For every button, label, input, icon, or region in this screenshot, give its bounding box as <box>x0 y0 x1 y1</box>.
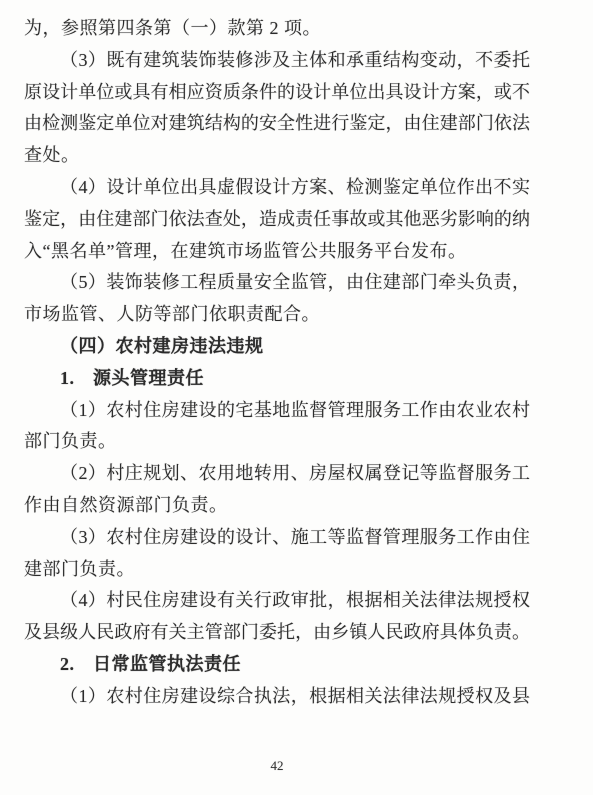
text-line: （1）农村住房建设的宅基地监督管理服务工作由农业农村 <box>24 395 530 427</box>
text-line: （5）装饰装修工程质量安全监管，由住建部门牵头负责， <box>24 267 530 299</box>
section-heading: 2. 日常监管执法责任 <box>24 649 530 681</box>
page-number: 42 <box>24 756 530 776</box>
section-heading: 1. 源头管理责任 <box>24 363 530 395</box>
text-line: 建部门负责。 <box>24 554 530 586</box>
text-line: 由检测鉴定单位对建筑结构的安全性进行鉴定，由住建部门依法 <box>24 108 530 140</box>
text-line: （2）村庄规划、农用地转用、房屋权属登记等监督服务工 <box>24 458 530 490</box>
text-line: 查处。 <box>24 140 530 172</box>
text-line: 作由自然资源部门负责。 <box>24 490 530 522</box>
text-line: 鉴定，由住建部门依法查处，造成责任事故或其他恶劣影响的纳 <box>24 204 530 236</box>
text-line: 入“黑名单”管理，在建筑市场监管公共服务平台发布。 <box>24 236 530 268</box>
document-page: 为，参照第四条第（一）款第 2 项。 （3）既有建筑装饰装修涉及主体和承重结构变… <box>0 0 593 795</box>
text-line: 原设计单位或具有相应资质条件的设计单位出具设计方案，或不 <box>24 77 530 109</box>
text-line: 为，参照第四条第（一）款第 2 项。 <box>24 13 530 45</box>
section-heading: （四）农村建房违法违规 <box>24 331 530 363</box>
text-line: （1）农村住房建设综合执法，根据相关法律法规授权及县 <box>24 681 530 713</box>
text-line: 及县级人民政府有关主管部门委托，由乡镇人民政府具体负责。 <box>24 617 530 649</box>
text-line: 部门负责。 <box>24 426 530 458</box>
document-body: 为，参照第四条第（一）款第 2 项。 （3）既有建筑装饰装修涉及主体和承重结构变… <box>24 13 530 713</box>
text-line: （4）村民住房建设有关行政审批，根据相关法律法规授权 <box>24 585 530 617</box>
text-line: （3）农村住房建设的设计、施工等监督管理服务工作由住 <box>24 522 530 554</box>
text-line: （4）设计单位出具虚假设计方案、检测鉴定单位作出不实 <box>24 172 530 204</box>
text-line: （3）既有建筑装饰装修涉及主体和承重结构变动，不委托 <box>24 45 530 77</box>
text-line: 市场监管、人防等部门依职责配合。 <box>24 299 530 331</box>
